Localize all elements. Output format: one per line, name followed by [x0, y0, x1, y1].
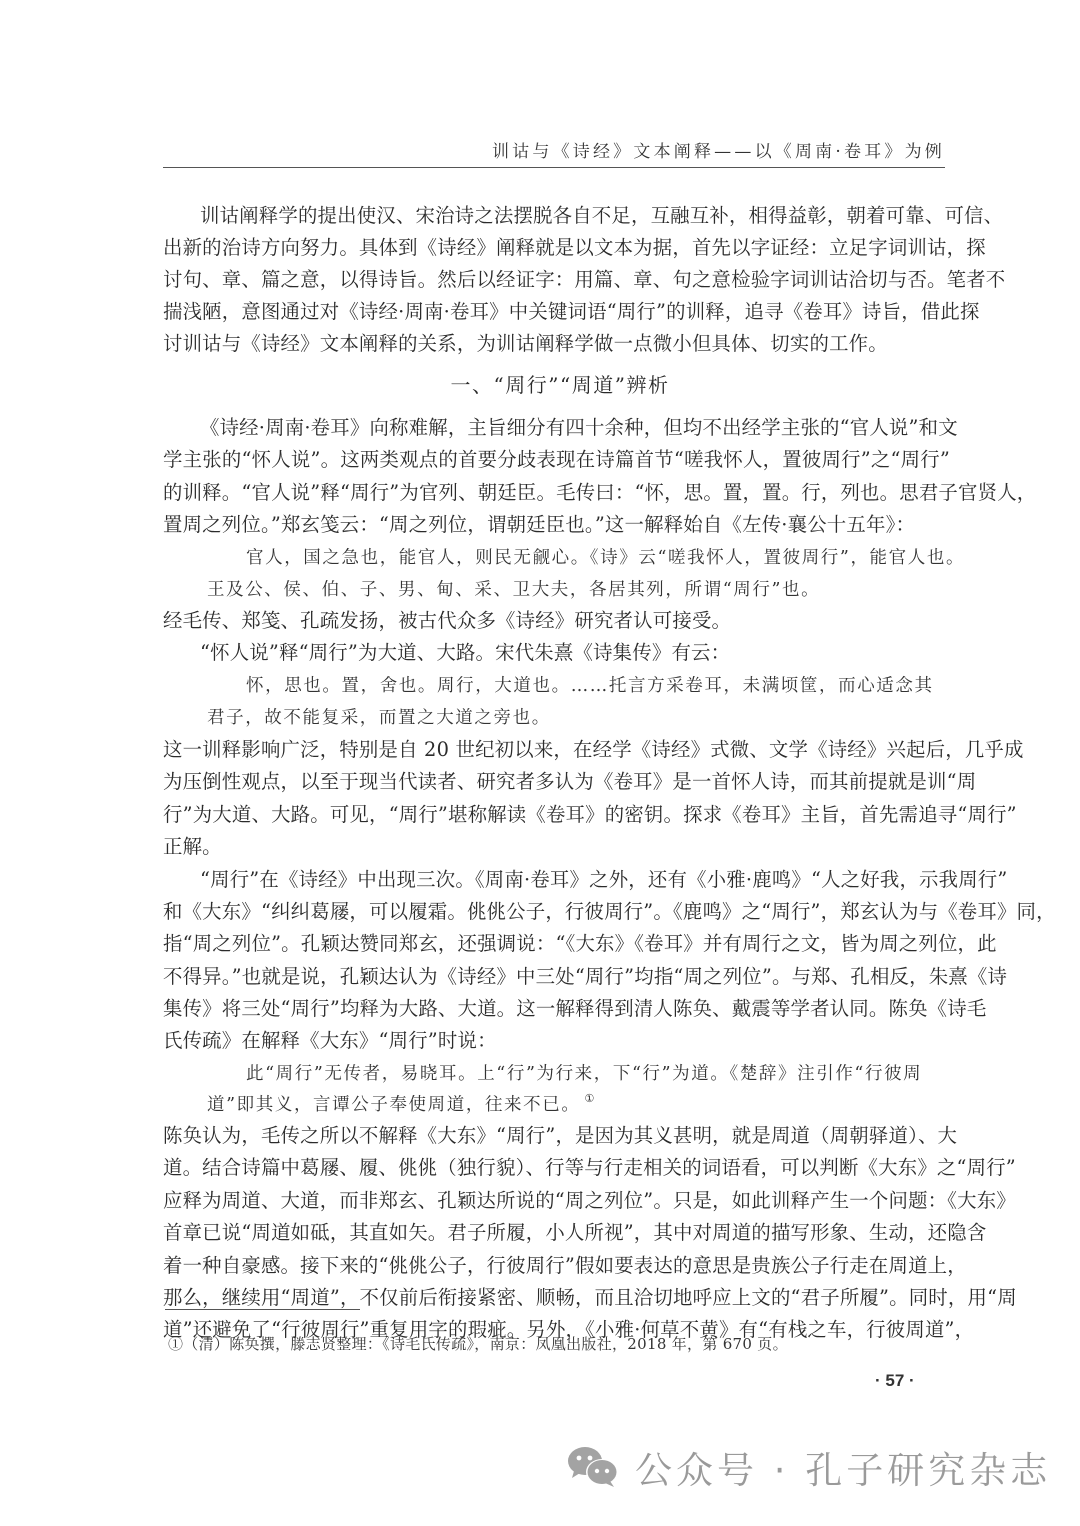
text-line: 置周之列位。”郑玄笺云：“周之列位，谓朝廷臣也。”这一解释始自《左传·襄公十五年… [163, 513, 950, 537]
quote-line: 君子，故不能复采，而置之大道之旁也。 [207, 706, 994, 730]
wechat-watermark: 公众号 · 孔子研究杂志 [565, 1437, 1051, 1497]
text-line: 的训释。“官人说”释“周行”为官列、朝廷臣。毛传曰：“怀，思。置，置。行，列也。… [163, 481, 950, 505]
text-line: 不得异。”也就是说，孔颖达认为《诗经》中三处“周行”均指“周之列位”。与郑、孔相… [163, 965, 950, 989]
wechat-icon [565, 1444, 621, 1490]
text-line: 行”为大道、大路。可见，“周行”堪称解读《卷耳》的密钥。探求《卷耳》主旨，首先需… [163, 803, 950, 827]
text-line: 训诂阐释学的提出使汉、宋治诗之法摆脱各自不足，互融互补，相得益彰，朝着可靠、可信… [200, 204, 950, 228]
quote-line: 道”即其义，言谭公子奉使周道，往来不已。① [207, 1093, 596, 1119]
text-line: 着一种自豪感。接下来的“佻佻公子，行彼周行”假如要表达的意思是贵族公子行走在周道… [163, 1254, 950, 1278]
text-line: 首章已说“周道如砥，其直如矢。君子所履，小人所视”，其中对周道的描写形象、生动，… [163, 1221, 950, 1245]
text-line: 揣浅陋，意图通过对《诗经·周南·卷耳》中关键词语“周行”的训释，追寻《卷耳》诗旨… [163, 300, 950, 324]
section-heading: 一、“周行”“周道”辨析 [0, 369, 1080, 398]
page-number: · 57 · [875, 1371, 915, 1391]
footnote-rule [165, 1309, 360, 1310]
text-line: 经毛传、郑笺、孔疏发扬，被古代众多《诗经》研究者认可接受。 [163, 609, 950, 633]
footnote-ref-1[interactable]: ① [584, 1092, 595, 1105]
quote-line: 此“周行”无传者，易晓耳。上“行”为行来，下“行”为道。《楚辞》注引作“行彼周 [246, 1062, 1033, 1086]
text-line: “周行”在《诗经》中出现三次。《周南·卷耳》之外，还有《小雅·鹿鸣》“人之好我，… [200, 868, 950, 892]
text-line: 道。结合诗篇中葛屦、履、佻佻（独行貌）、行等与行走相关的词语看，可以判断《大东》… [163, 1156, 950, 1180]
text-line: 那么，继续用“周道”，不仅前后衔接紧密、顺畅，而且洽切地呼应上文的“君子所履”。… [163, 1286, 950, 1310]
text-line: 出新的治诗方向努力。具体到《诗经》阐释就是以文本为据，首先以字证经：立足字词训诂… [163, 236, 950, 260]
text-line: 氏传疏》在解释《大东》“周行”时说： [163, 1029, 950, 1053]
quote-line: 怀，思也。置，舍也。周行，大道也。……托言方采卷耳，未满顷筐，而心适念其 [246, 674, 1033, 698]
section-heading-text: 一、“周行”“周道”辨析 [451, 373, 670, 397]
text-line: 讨训诂与《诗经》文本阐释的关系，为训诂阐释学做一点微小但具体、切实的工作。 [163, 332, 950, 356]
header-rule [163, 167, 945, 168]
footnote-1: ①（清）陈奂撰，滕志贤整理：《诗毛氏传疏》，南京：凤凰出版社，2018 年，第 … [168, 1333, 788, 1354]
quote-text: 道”即其义，言谭公子奉使周道，往来不已。 [207, 1095, 580, 1115]
running-header-title: 训诂与《诗经》文本阐释——以《周南·卷耳》为例 [163, 137, 945, 162]
text-line: “怀人说”释“周行”为大道、大路。宋代朱熹《诗集传》有云： [200, 641, 987, 665]
text-line: 讨句、章、篇之意，以得诗旨。然后以经证字：用篇、章、句之意检验字词训诂洽切与否。… [163, 268, 950, 292]
text-line: 指“周之列位”。孔颖达赞同郑玄，还强调说：“《大东》《卷耳》并有周行之文，皆为周… [163, 932, 950, 956]
text-line: 集传》将三处“周行”均释为大路、大道。这一解释得到清人陈奂、戴震等学者认同。陈奂… [163, 997, 950, 1021]
text-line: 应释为周道、大道，而非郑玄、孔颖达所说的“周之列位”。只是，如此训释产生一个问题… [163, 1189, 950, 1213]
quote-line: 官人，国之急也，能官人，则民无觎心。《诗》云“嗟我怀人，置彼周行”，能官人也。 [246, 546, 1033, 570]
text-line: 和《大东》“纠纠葛屦，可以履霜。佻佻公子，行彼周行”。《鹿鸣》之“周行”，郑玄认… [163, 900, 950, 924]
watermark-text: 公众号 · 孔子研究杂志 [635, 1440, 1051, 1494]
text-line: 《诗经·周南·卷耳》向称难解，主旨细分有四十余种，但均不出经学主张的“官人说”和… [200, 416, 950, 440]
text-line: 这一训释影响广泛，特别是自 20 世纪初以来，在经学《诗经》式微、文学《诗经》兴… [163, 738, 950, 762]
text-line: 陈奂认为，毛传之所以不解释《大东》“周行”，是因为其义甚明，就是周道（周朝驿道）… [163, 1124, 950, 1148]
quote-line: 王及公、侯、伯、子、男、甸、采、卫大夫，各居其列，所谓“周行”也。 [207, 578, 994, 602]
text-line: 学主张的“怀人说”。这两类观点的首要分歧表现在诗篇首节“嗟我怀人，置彼周行”之“… [163, 448, 950, 472]
text-line: 正解。 [163, 835, 950, 859]
text-line: 为压倒性观点，以至于现当代读者、研究者多认为《卷耳》是一首怀人诗，而其前提就是训… [163, 770, 950, 794]
